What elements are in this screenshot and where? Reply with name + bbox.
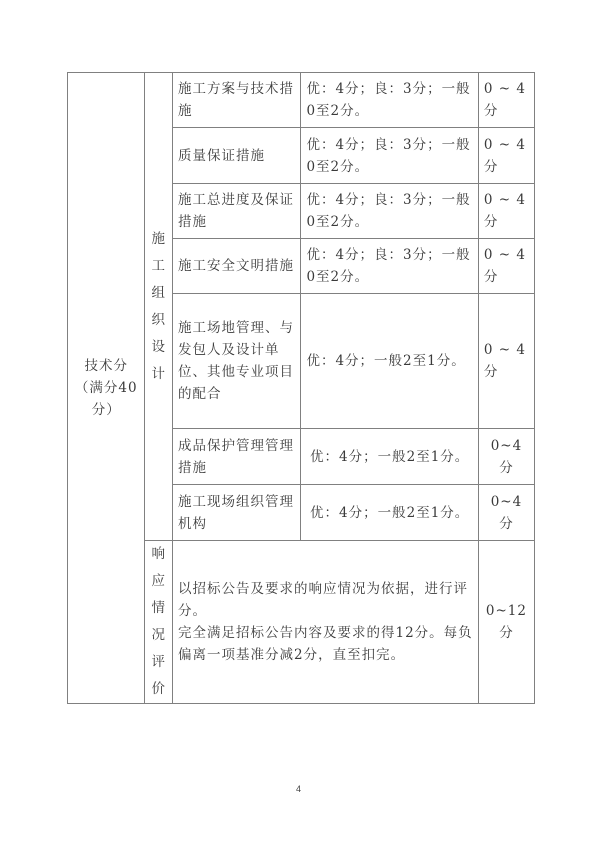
item-name: 施工总进度及保证措施 <box>173 184 301 239</box>
category-max: （满分40 <box>73 377 139 399</box>
item-name: 施工现场组织管理机构 <box>173 485 301 541</box>
item-range: 0 ~ 4分 <box>478 73 534 128</box>
item-range: 0~4分 <box>478 429 534 485</box>
group-label-construction: 施 工 组 织 设 计 <box>145 73 173 541</box>
item-name: 成品保护管理管理措施 <box>173 429 301 485</box>
item-criteria: 优：4分；良：3分；一般0至2分。 <box>301 239 478 294</box>
page-number: 4 <box>296 784 301 794</box>
item-criteria: 优：4分；良：3分；一般0至2分。 <box>301 128 478 184</box>
item-criteria: 优：4分；良：3分；一般0至2分。 <box>301 73 478 128</box>
item-range: 0 ~ 4分 <box>478 128 534 184</box>
scoring-table: 技术分 （满分40 分） 施 工 组 织 设 计 施工方案与技术措施 优：4分；… <box>67 72 535 704</box>
response-range: 0~12分 <box>478 541 534 704</box>
item-criteria: 优：4分；一般2至1分。 <box>301 429 478 485</box>
response-criteria: 以招标公告及要求的响应情况为依据，进行评分。 完全满足招标公告内容及要求的得12… <box>173 541 479 704</box>
category-max-unit: 分） <box>73 399 139 421</box>
item-criteria: 优：4分；良：3分；一般0至2分。 <box>301 184 478 239</box>
item-range: 0 ~ 4分 <box>478 184 534 239</box>
response-criteria-line: 以招标公告及要求的响应情况为依据，进行评分。 <box>178 578 473 622</box>
item-name: 施工方案与技术措施 <box>173 73 301 128</box>
item-range: 0 ~ 4分 <box>478 294 534 429</box>
category-title: 技术分 <box>73 355 139 377</box>
item-range: 0~4分 <box>478 485 534 541</box>
response-criteria-line: 完全满足招标公告内容及要求的得12分。每负偏离一项基准分减2分，直至扣完。 <box>178 622 473 666</box>
category-cell: 技术分 （满分40 分） <box>68 73 145 704</box>
item-criteria: 优：4分；一般2至1分。 <box>301 485 478 541</box>
item-criteria: 优：4分；一般2至1分。 <box>301 294 478 429</box>
item-name: 施工安全文明措施 <box>173 239 301 294</box>
item-name: 施工场地管理、与发包人及设计单位、其他专业项目的配合 <box>173 294 301 429</box>
item-range: 0 ~ 4分 <box>478 239 534 294</box>
group-label-response: 响 应 情 况 评 价 <box>145 541 173 704</box>
item-name: 质量保证措施 <box>173 128 301 184</box>
